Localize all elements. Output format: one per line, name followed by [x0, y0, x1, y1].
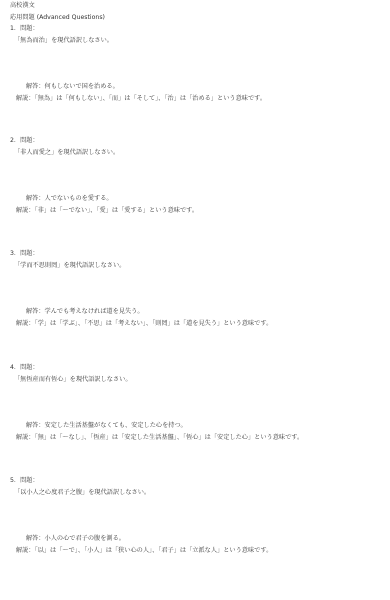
question-prompt: 「無恆産而有恆心」を現代語訳しなさい。: [14, 376, 132, 384]
answer-text: 解答：人でないものを愛する。: [26, 195, 113, 203]
explanation-text: 解説：「無」は「〜なし」、「恆産」は「安定した生活基盤」、「恆心」は「安定した心…: [16, 434, 303, 442]
question-number: 5．問題：: [10, 477, 39, 485]
answer-text: 解答：小人の心で君子の腹を測る。: [26, 535, 125, 543]
answer-text: 解答：何もしないで国を治める。: [26, 83, 119, 91]
answer-text: 解答：安定した生活基盤がなくても、安定した心を持つ。: [26, 422, 187, 430]
question-number: 4．問題：: [10, 364, 39, 372]
question-number: 1．問題：: [10, 25, 39, 33]
document-title: 高校漢文: [10, 2, 35, 10]
explanation-text: 解説：「学」は「学ぶ」、「不思」は「考えない」、「則罔」は「道を見失う」という意…: [16, 320, 272, 328]
question-prompt: 「無為而治」を現代語訳しなさい。: [14, 37, 113, 45]
question-prompt: 「学而不思則罔」を現代語訳しなさい。: [14, 262, 125, 270]
explanation-text: 解説：「無為」は「何もしない」、「而」は「そして」、「治」は「治める」という意味…: [16, 95, 266, 103]
answer-text: 解答：学んでも考えなければ道を見失う。: [26, 308, 144, 316]
document-subtitle: 応用問題 (Advanced Questions): [10, 14, 105, 22]
question-number: 3．問題：: [10, 250, 39, 258]
explanation-text: 解説：「以」は「〜で」、「小人」は「狭い心の人」、「君子」は「立派な人」という意…: [16, 547, 272, 555]
question-prompt: 「非人而愛之」を現代語訳しなさい。: [14, 149, 119, 157]
question-prompt: 「以小人之心度君子之腹」を現代語訳しなさい。: [14, 489, 150, 497]
explanation-text: 解説：「非」は「〜でない」、「愛」は「愛する」という意味です。: [16, 207, 198, 215]
question-number: 2．問題：: [10, 137, 39, 145]
